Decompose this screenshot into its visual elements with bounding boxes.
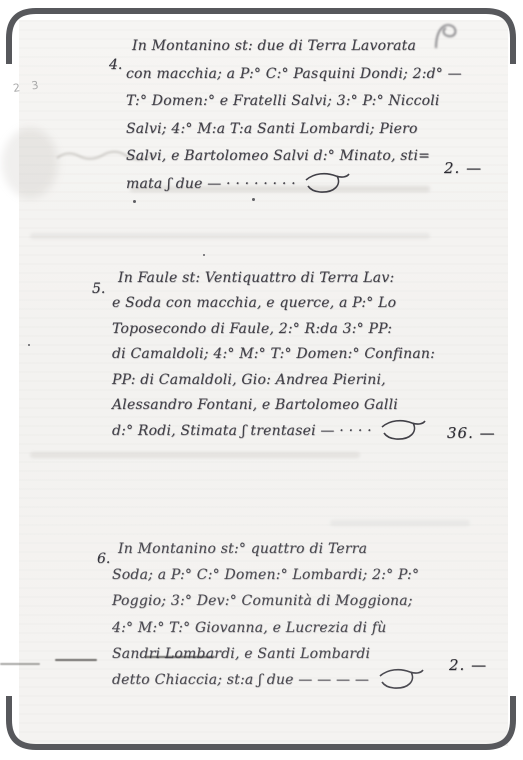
manuscript-scan-page: 2 3 4. In Montanino st: due di Terra Lav… (0, 0, 523, 760)
scan-frame-border (0, 0, 523, 760)
